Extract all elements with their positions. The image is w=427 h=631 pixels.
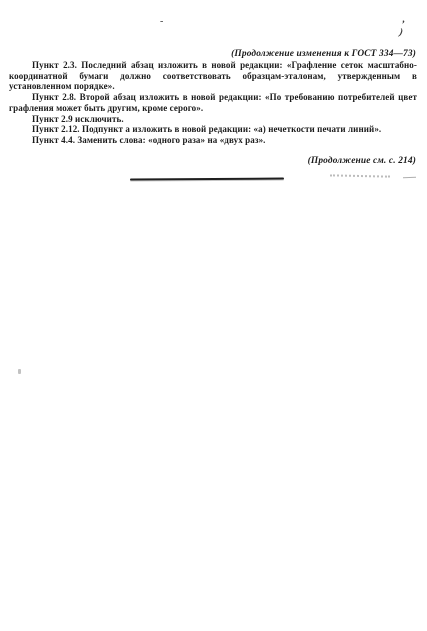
paragraph: Пункт 2.8. Второй абзац изложить в новой… (9, 92, 417, 113)
scan-smudge-short (403, 177, 416, 178)
handwritten-corner-mark: ’ ) (399, 21, 405, 37)
paragraph: Пункт 2.12. Подпункт а изложить в новой … (9, 124, 417, 135)
paragraph: Пункт 4.4. Заменить слова: «одного раза»… (9, 135, 417, 146)
continuation-reference: (Продолжение см. с. 214) (308, 156, 416, 166)
amendment-text: Пункт 2.3. Последний абзац изложить в но… (9, 60, 417, 146)
document-page: - ’ ) (Продолжение изменения к ГОСТ 334—… (0, 0, 427, 631)
continuation-header: (Продолжение изменения к ГОСТ 334—73) (231, 49, 416, 59)
separator-line (130, 178, 284, 181)
paragraph: Пункт 2.9 исключить. (9, 114, 417, 125)
scan-speck (18, 369, 21, 374)
paragraph: Пункт 2.3. Последний абзац изложить в но… (9, 60, 417, 92)
scan-artifact-dash: - (160, 16, 163, 27)
scan-smudge-long (330, 174, 390, 177)
